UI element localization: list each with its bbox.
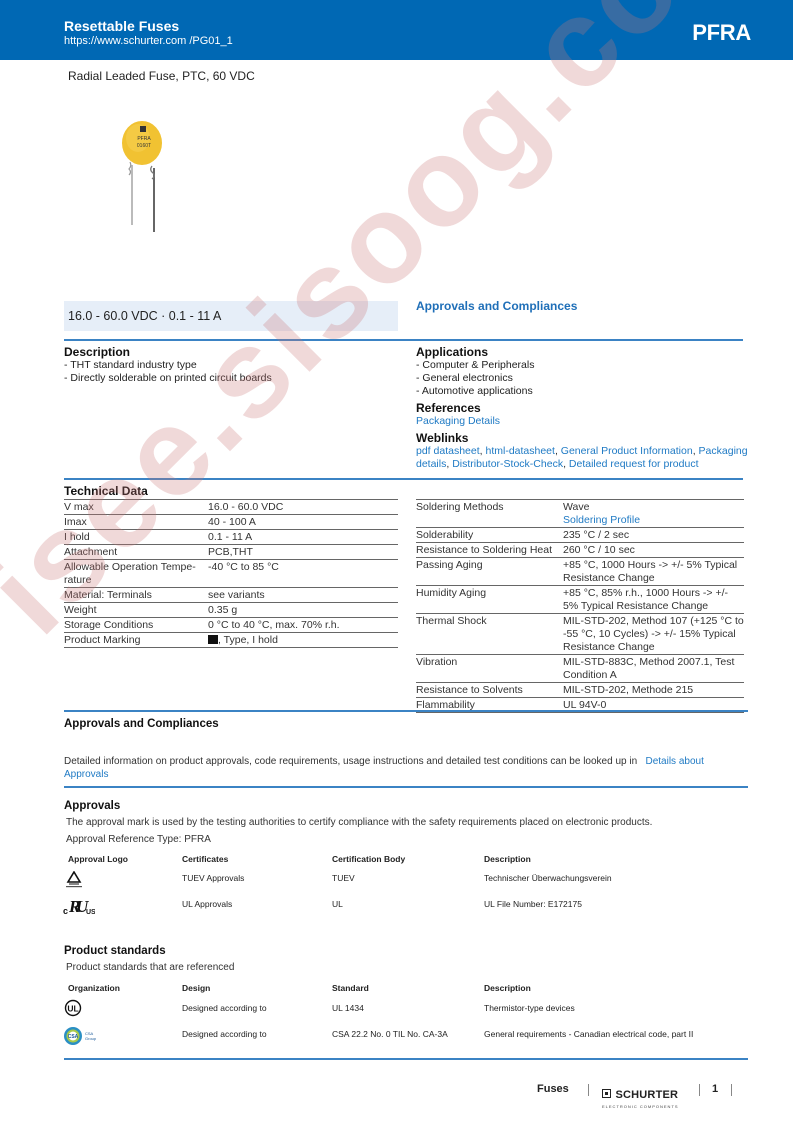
col-organization: Organization <box>68 983 120 993</box>
col-description: Description <box>484 983 531 993</box>
product-image: PFRA 0160T <box>110 110 190 240</box>
marking-square-icon <box>208 635 218 644</box>
standard-value: CSA 22.2 No. 0 TIL No. CA-3A <box>332 1029 448 1039</box>
page-number: 1 <box>712 1083 718 1095</box>
table-row: Imax40 - 100 A <box>64 515 398 530</box>
header-banner: Resettable Fuses https://www.schurter.co… <box>0 0 793 60</box>
technical-data-heading: Technical Data <box>64 484 148 498</box>
design-value: Designed according to <box>182 1029 267 1039</box>
table-row: Passing Aging+85 °C, 1000 Hours -> +/- 5… <box>416 558 744 586</box>
pdf-datasheet-link[interactable]: pdf datasheet <box>416 445 480 457</box>
tuev-approvals-link[interactable]: TUEV Approvals <box>182 873 244 883</box>
product-url[interactable]: https://www.schurter.com /PG01_1 <box>64 35 233 47</box>
approval-description: Technischer Überwachungsverein <box>484 873 612 883</box>
svg-text:PFRA: PFRA <box>137 136 151 142</box>
approvals-compliances-text: Detailed information on product approval… <box>64 755 744 781</box>
table-row: Storage Conditions0 °C to 40 °C, max. 70… <box>64 618 398 633</box>
applications-heading: Applications <box>416 345 751 359</box>
approval-description: UL File Number: E172175 <box>484 899 582 909</box>
html-datasheet-link[interactable]: html-datasheet <box>485 445 554 457</box>
tuev-logo-icon <box>63 871 85 889</box>
description-heading: Description <box>64 345 394 359</box>
product-family-title: Resettable Fuses <box>64 18 179 34</box>
distributor-stock-check-link[interactable]: Distributor-Stock-Check <box>452 458 563 470</box>
approvals-heading: Approvals <box>64 800 120 812</box>
csa-group-logo-icon: CSA CSA Group <box>63 1026 105 1046</box>
table-row: Weight0.35 g <box>64 603 398 618</box>
svg-text:c: c <box>63 906 68 916</box>
table-row: Solderability235 °C / 2 sec <box>416 528 744 543</box>
footer-category: Fuses <box>537 1083 569 1095</box>
table-row: Humidity Aging+85 °C, 85% r.h., 1000 Hou… <box>416 586 744 614</box>
section-divider <box>64 478 743 480</box>
technical-data-table-left: V max16.0 - 60.0 VDC Imax40 - 100 A I ho… <box>64 499 398 648</box>
packaging-details-link[interactable]: Packaging Details <box>416 415 751 428</box>
table-row: Allowable Operation Tempe-rature-40 °C t… <box>64 560 398 588</box>
product-code: PFRA <box>692 20 751 46</box>
approvals-compliances-link[interactable]: Approvals and Compliances <box>416 299 577 313</box>
description-item: - Directly solderable on printed circuit… <box>64 372 394 385</box>
section-divider <box>64 1058 748 1060</box>
table-row: Resistance to Soldering Heat260 °C / 10 … <box>416 543 744 558</box>
table-row: I hold0.1 - 11 A <box>64 530 398 545</box>
table-row: Resistance to SolventsMIL-STD-202, Metho… <box>416 683 744 698</box>
application-item: - General electronics <box>416 372 751 385</box>
ul-logo-icon: UL <box>64 999 82 1017</box>
table-row: VibrationMIL-STD-883C, Method 2007.1, Te… <box>416 655 744 683</box>
detailed-request-link[interactable]: Detailed request for product <box>569 458 699 470</box>
applications-section: Applications - Computer & Peripherals - … <box>416 345 751 471</box>
col-standard: Standard <box>332 983 369 993</box>
product-standards-text: Product standards that are referenced <box>66 962 234 973</box>
col-approval-logo: Approval Logo <box>68 854 128 864</box>
ul-approvals-link[interactable]: UL Approvals <box>182 899 232 909</box>
col-design: Design <box>182 983 210 993</box>
rating-range: 16.0 - 60.0 VDC · 0.1 - 11 A <box>64 301 398 331</box>
application-item: - Automotive applications <box>416 385 751 398</box>
approvals-text: The approval mark is used by the testing… <box>66 817 652 828</box>
table-row: Thermal ShockMIL-STD-202, Method 107 (+1… <box>416 614 744 655</box>
table-row: Product Marking, Type, I hold <box>64 633 398 648</box>
svg-text:0160T: 0160T <box>137 143 151 149</box>
table-row: AttachmentPCB,THT <box>64 545 398 560</box>
table-row: Soldering MethodsWaveSoldering Profile <box>416 500 744 528</box>
section-divider <box>64 786 748 788</box>
table-row: Material: Terminalssee variants <box>64 588 398 603</box>
schurter-logo-icon <box>602 1089 611 1098</box>
col-description: Description <box>484 854 531 864</box>
certification-body: TUEV <box>332 873 355 883</box>
svg-text:Group: Group <box>85 1036 97 1041</box>
weblinks-list: pdf datasheet, html-datasheet, General P… <box>416 445 751 471</box>
svg-text:CSA: CSA <box>68 1034 79 1040</box>
standard-value: UL 1434 <box>332 1003 364 1013</box>
description-section: Description - THT standard industry type… <box>64 345 394 385</box>
col-certificates: Certificates <box>182 854 228 864</box>
product-subtitle: Radial Leaded Fuse, PTC, 60 VDC <box>68 69 255 83</box>
section-divider <box>64 339 743 341</box>
cul-us-logo-icon: c R U US <box>63 894 95 916</box>
svg-text:US: US <box>86 909 95 916</box>
col-certification-body: Certification Body <box>332 854 405 864</box>
section-divider <box>64 710 748 712</box>
footer-separator <box>731 1084 732 1096</box>
certification-body: UL <box>332 899 343 909</box>
standard-description: Thermistor-type devices <box>484 1003 575 1013</box>
soldering-profile-link[interactable]: Soldering Profile <box>563 514 744 527</box>
weblinks-heading: Weblinks <box>416 431 751 445</box>
product-standards-heading: Product standards <box>64 945 166 957</box>
general-product-info-link[interactable]: General Product Information <box>561 445 693 457</box>
technical-data-table-right: Soldering MethodsWaveSoldering Profile S… <box>416 499 744 713</box>
standard-description: General requirements - Canadian electric… <box>484 1029 693 1039</box>
table-row: V max16.0 - 60.0 VDC <box>64 500 398 515</box>
approvals-compliances-heading: Approvals and Compliances <box>64 718 219 730</box>
svg-text:UL: UL <box>67 1004 78 1014</box>
references-heading: References <box>416 401 751 415</box>
footer-separator <box>699 1084 700 1096</box>
schurter-logo: SCHURTER ELECTRONIC COMPONENTS <box>602 1085 679 1109</box>
approval-reference-type: Approval Reference Type: PFRA <box>66 834 211 845</box>
description-item: - THT standard industry type <box>64 359 394 372</box>
application-item: - Computer & Peripherals <box>416 359 751 372</box>
design-value: Designed according to <box>182 1003 267 1013</box>
footer-separator <box>588 1084 589 1096</box>
